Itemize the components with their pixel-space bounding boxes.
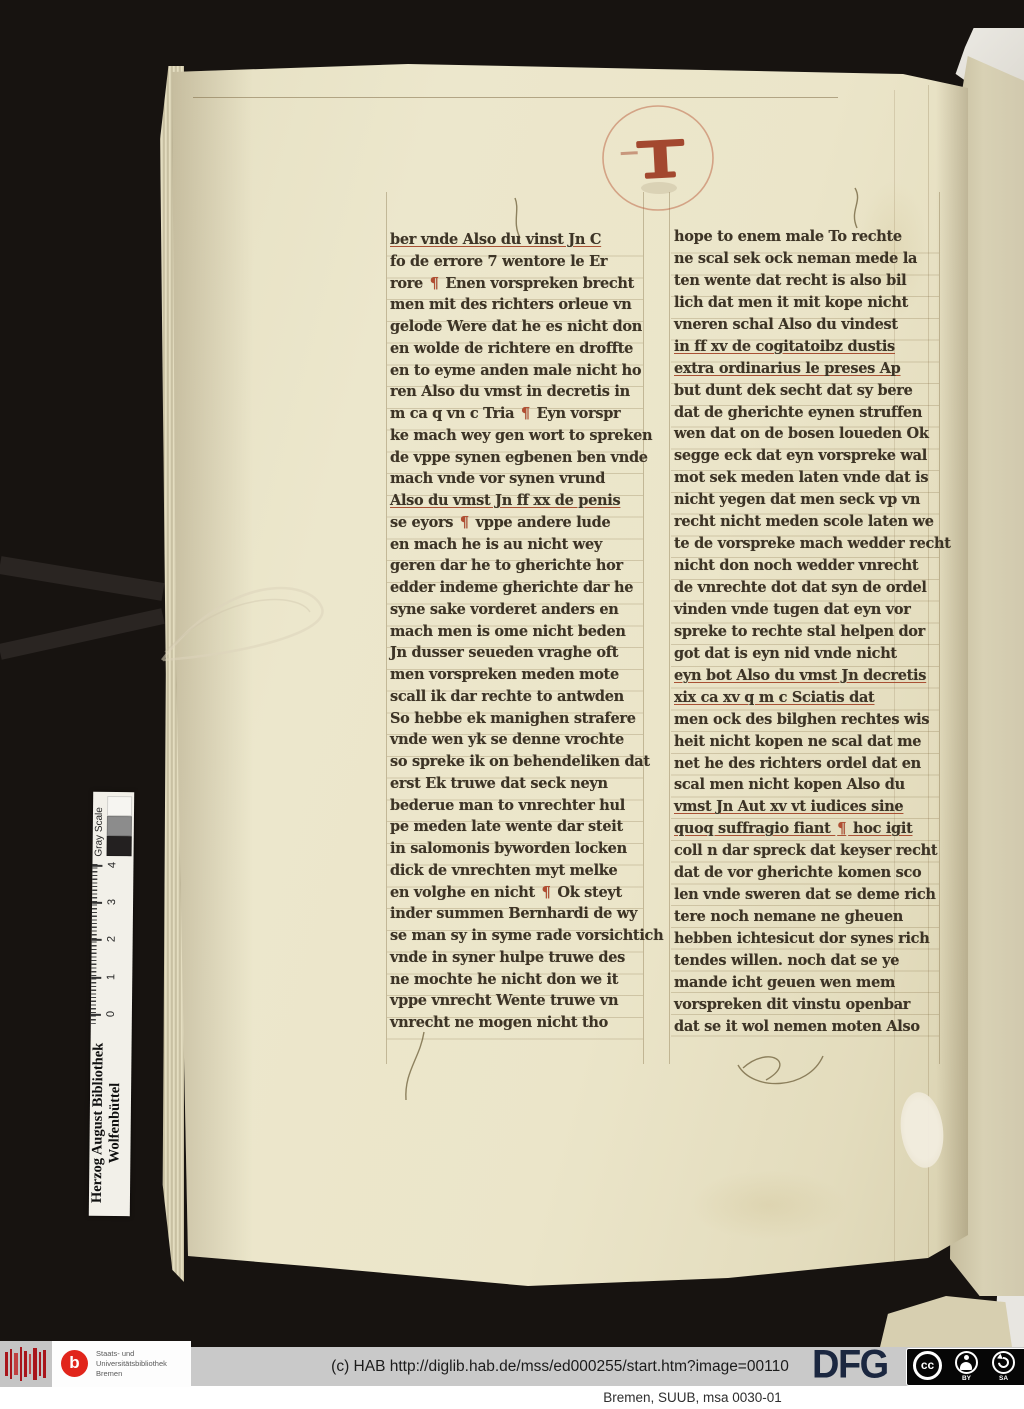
manuscript-line: eyn bot Also du vmst Jn decretis [674, 665, 942, 687]
manuscript-line: vmst Jn Aut xv vt iudices sine [674, 796, 942, 818]
manuscript-line: men vorspreken meden mote [390, 664, 644, 686]
library-label: Herzog August Bibliothek Wolfenbüttel [89, 1034, 132, 1212]
manuscript-line: len vnde sweren dat se deme rich [674, 884, 942, 906]
bremen-library-name: Staats- undUniversitätsbibliothekBremen [96, 1349, 167, 1379]
ruler-number: 0 [104, 1007, 118, 1021]
manuscript-line: mande icht geuen wen mem [674, 972, 942, 994]
manuscript-line: inder summen Bernhardi de wy [390, 903, 644, 925]
manuscript-line: dick de vnrechten myt melke [390, 860, 644, 882]
manuscript-line: so spreke ik on behendeliken dat [390, 751, 644, 773]
cc-sa-label: SA [992, 1375, 1015, 1382]
column-guide-line [669, 192, 670, 1064]
manuscript-line: bederue man to vnrechter hul [390, 795, 644, 817]
manuscript-line: So hebbe ek manighen strafere [390, 708, 644, 730]
manuscript-line: wen dat on de bosen loueden Ok [674, 423, 942, 445]
ruler-major-tick [91, 977, 101, 979]
manuscript-line: dat de vor gherichte komen sco [674, 862, 942, 884]
manuscript-line: te de vorspreke mach wedder recht [674, 533, 942, 555]
manuscript-line: hebben ichtesicut dor synes rich [674, 928, 942, 950]
ruled-top-line [193, 97, 838, 98]
manuscript-line: coll n dar spreck dat keyser recht [674, 840, 942, 862]
cc-license-badge: cc BY SA [906, 1348, 1024, 1386]
facing-page-bottom-corner [880, 1296, 1012, 1347]
manuscript-column-left: ber vnde Also du vinst Jn Cfo de errore … [390, 229, 644, 1034]
manuscript-line: got dat is eyn nid vnde nicht [674, 643, 942, 665]
manuscript-line: dat de gherichte eynen struffen [674, 402, 942, 424]
manuscript-line: edder indeme gherichte dar he [390, 577, 644, 599]
manuscript-line: se man sy in syme rade vorsichtich [390, 925, 644, 947]
manuscript-line: en wolde de richtere en droffte [390, 338, 644, 360]
ruler-major-tick [92, 865, 102, 867]
suub-barcode-logo [0, 1341, 52, 1387]
manuscript-line: geren dar he to gherichte hor [390, 555, 644, 577]
cc-icon: cc [913, 1351, 942, 1380]
manuscript-line: vnde in syner hulpe truwe des [390, 947, 644, 969]
manuscript-line: rore ¶ Enen vorspreken brecht [390, 273, 644, 295]
manuscript-line: ten wente dat recht is also bil [674, 270, 942, 292]
gray-scale-patch-white [107, 796, 132, 816]
bremen-name-line: Universitätsbibliothek [96, 1359, 167, 1369]
manuscript-line: nicht don noch wedder vnrecht [674, 555, 942, 577]
shelfmark-caption: Bremen, SUUB, msa 0030-01 [270, 1386, 1024, 1409]
caption-strip: Bremen, SUUB, msa 0030-01 [0, 1386, 1024, 1409]
parchment-stain [688, 1170, 848, 1240]
person-body [960, 1362, 972, 1370]
manuscript-line: en mach he is au nicht wey [390, 534, 644, 556]
manuscript-line: spreke to rechte stal helpen dor [674, 621, 942, 643]
pilcrow-mark: ¶ [519, 405, 532, 422]
bremen-b-icon: b [61, 1350, 88, 1377]
manuscript-line: dat se it wol nemen moten Also [674, 1016, 942, 1038]
manuscript-line: hope to enem male To rechte [674, 226, 942, 248]
manuscript-line: recht nicht meden scole laten we [674, 511, 942, 533]
manuscript-line: fo de errore 7 wentore le Er [390, 251, 644, 273]
dfg-logo: DFG [812, 1343, 888, 1388]
manuscript-line: Also du vmst Jn ff xx de penis [390, 490, 644, 512]
manuscript-line: vorspreken dit vinstu openbar [674, 994, 942, 1016]
pilcrow-mark: ¶ [835, 820, 848, 837]
reference-strip: Gray Scale 43210 Herzog August Bibliothe… [89, 792, 134, 1216]
copyright-text: (c) HAB http://diglib.hab.de/mss/ed00025… [270, 1347, 850, 1386]
manuscript-line: pe meden late wente dar steit [390, 816, 644, 838]
manuscript-line: mot sek meden laten vnde dat is [674, 467, 942, 489]
library-label-line1: Herzog August Bibliothek [89, 1034, 108, 1212]
quire-mark-icon [597, 102, 719, 216]
ruler-major-tick [92, 902, 102, 904]
manuscript-line: tendes willen. noch dat se ye [674, 950, 942, 972]
library-label-line2: Wolfenbüttel [105, 1034, 124, 1212]
manuscript-photo: ber vnde Also du vinst Jn Cfo de errore … [0, 0, 1024, 1409]
manuscript-line: heit nicht kopen ne scal dat me [674, 731, 942, 753]
manuscript-line: mach vnde vor synen vrund [390, 468, 644, 490]
gray-scale-patch-black [107, 836, 132, 856]
ruler-number: 3 [105, 895, 119, 909]
manuscript-line: en volghe en nicht ¶ Ok steyt [390, 882, 644, 904]
manuscript-line: men ock des bilghen rechtes wis [674, 709, 942, 731]
manuscript-line: tere noch nemane ne gheuen [674, 906, 942, 928]
manuscript-line: erst Ek truwe dat seck neyn [390, 773, 644, 795]
cc-sa-icon [992, 1351, 1015, 1374]
ruler-number: 1 [104, 970, 118, 984]
manuscript-line: net he des richters ordel dat en [674, 753, 942, 775]
manuscript-line: ne mochte he nicht don we it [390, 969, 644, 991]
cc-by-icon [955, 1351, 978, 1374]
manuscript-line: ren Also du vmst in decretis in [390, 381, 644, 403]
manuscript-line: scall ik dar rechte to antwden [390, 686, 644, 708]
manuscript-line: men mit des richters orleue vn [390, 294, 644, 316]
manuscript-line: mach men is ome nicht beden [390, 621, 644, 643]
manuscript-line: en to eyme anden male nicht ho [390, 360, 644, 382]
manuscript-line: extra ordinarius le preses Ap [674, 358, 942, 380]
manuscript-line: vinden vnde tugen dat eyn vor [674, 599, 942, 621]
manuscript-line: in salomonis byworden locken [390, 838, 644, 860]
bremen-library-logo: b Staats- undUniversitätsbibliothekBreme… [52, 1341, 191, 1387]
ruler-number: 2 [105, 932, 119, 946]
manuscript-line: lich dat men it mit kope nicht [674, 292, 942, 314]
manuscript-line: nicht yegen dat men seck vp vn [674, 489, 942, 511]
ruler-number: 4 [105, 858, 119, 872]
manuscript-line: de vnrechte dot dat syn de ordel [674, 577, 942, 599]
manuscript-line: gelode Were dat he es nicht don [390, 316, 644, 338]
manuscript-line: segge eck dat eyn vorspreke wal [674, 445, 942, 467]
bremen-name-line: Staats- und [96, 1349, 167, 1359]
person-head [964, 1355, 969, 1360]
bremen-name-line: Bremen [96, 1369, 167, 1379]
manuscript-line: de vppe synen egbenen ben vnde [390, 447, 644, 469]
manuscript-line: scal men nicht kopen Also du [674, 774, 942, 796]
ruler-major-tick [92, 939, 102, 941]
manuscript-line: in ff xv de cogitatoibz dustis [674, 336, 942, 358]
pilcrow-mark: ¶ [428, 275, 441, 292]
manuscript-line: but dunt dek secht dat sy bere [674, 380, 942, 402]
manuscript-line: ne scal sek ock neman mede la [674, 248, 942, 270]
manuscript-line: m ca q vn c Tria ¶ Eyn vorspr [390, 403, 644, 425]
ruler-minor-ticks [91, 864, 98, 1024]
manuscript-line: Jn dusser seueden vraghe oft [390, 642, 644, 664]
pilcrow-mark: ¶ [540, 884, 553, 901]
manuscript-line: ber vnde Also du vinst Jn C [390, 229, 644, 251]
ruler-major-tick [91, 1014, 101, 1016]
manuscript-column-right: hope to enem male To rechtene scal sek o… [674, 226, 942, 1038]
cc-by-label: BY [955, 1375, 978, 1382]
gray-scale-patch-gray [107, 816, 132, 836]
pilcrow-mark: ¶ [458, 514, 471, 531]
manuscript-line: xix ca xv q m c Sciatis dat [674, 687, 942, 709]
manuscript-line: syne sake vorderet anders en [390, 599, 644, 621]
manuscript-line: vppe vnrecht Wente truwe vn [390, 990, 644, 1012]
manuscript-line: ke mach wey gen wort to spreken [390, 425, 644, 447]
manuscript-line: quoq suffragio fiant ¶ hoc igit [674, 818, 942, 840]
manuscript-line: vnrecht ne mogen nicht tho [390, 1012, 644, 1034]
manuscript-line: se eyors ¶ vppe andere lude [390, 512, 644, 534]
manuscript-line: vneren schal Also du vindest [674, 314, 942, 336]
manuscript-line: vnde wen yk se denne vrochte [390, 729, 644, 751]
